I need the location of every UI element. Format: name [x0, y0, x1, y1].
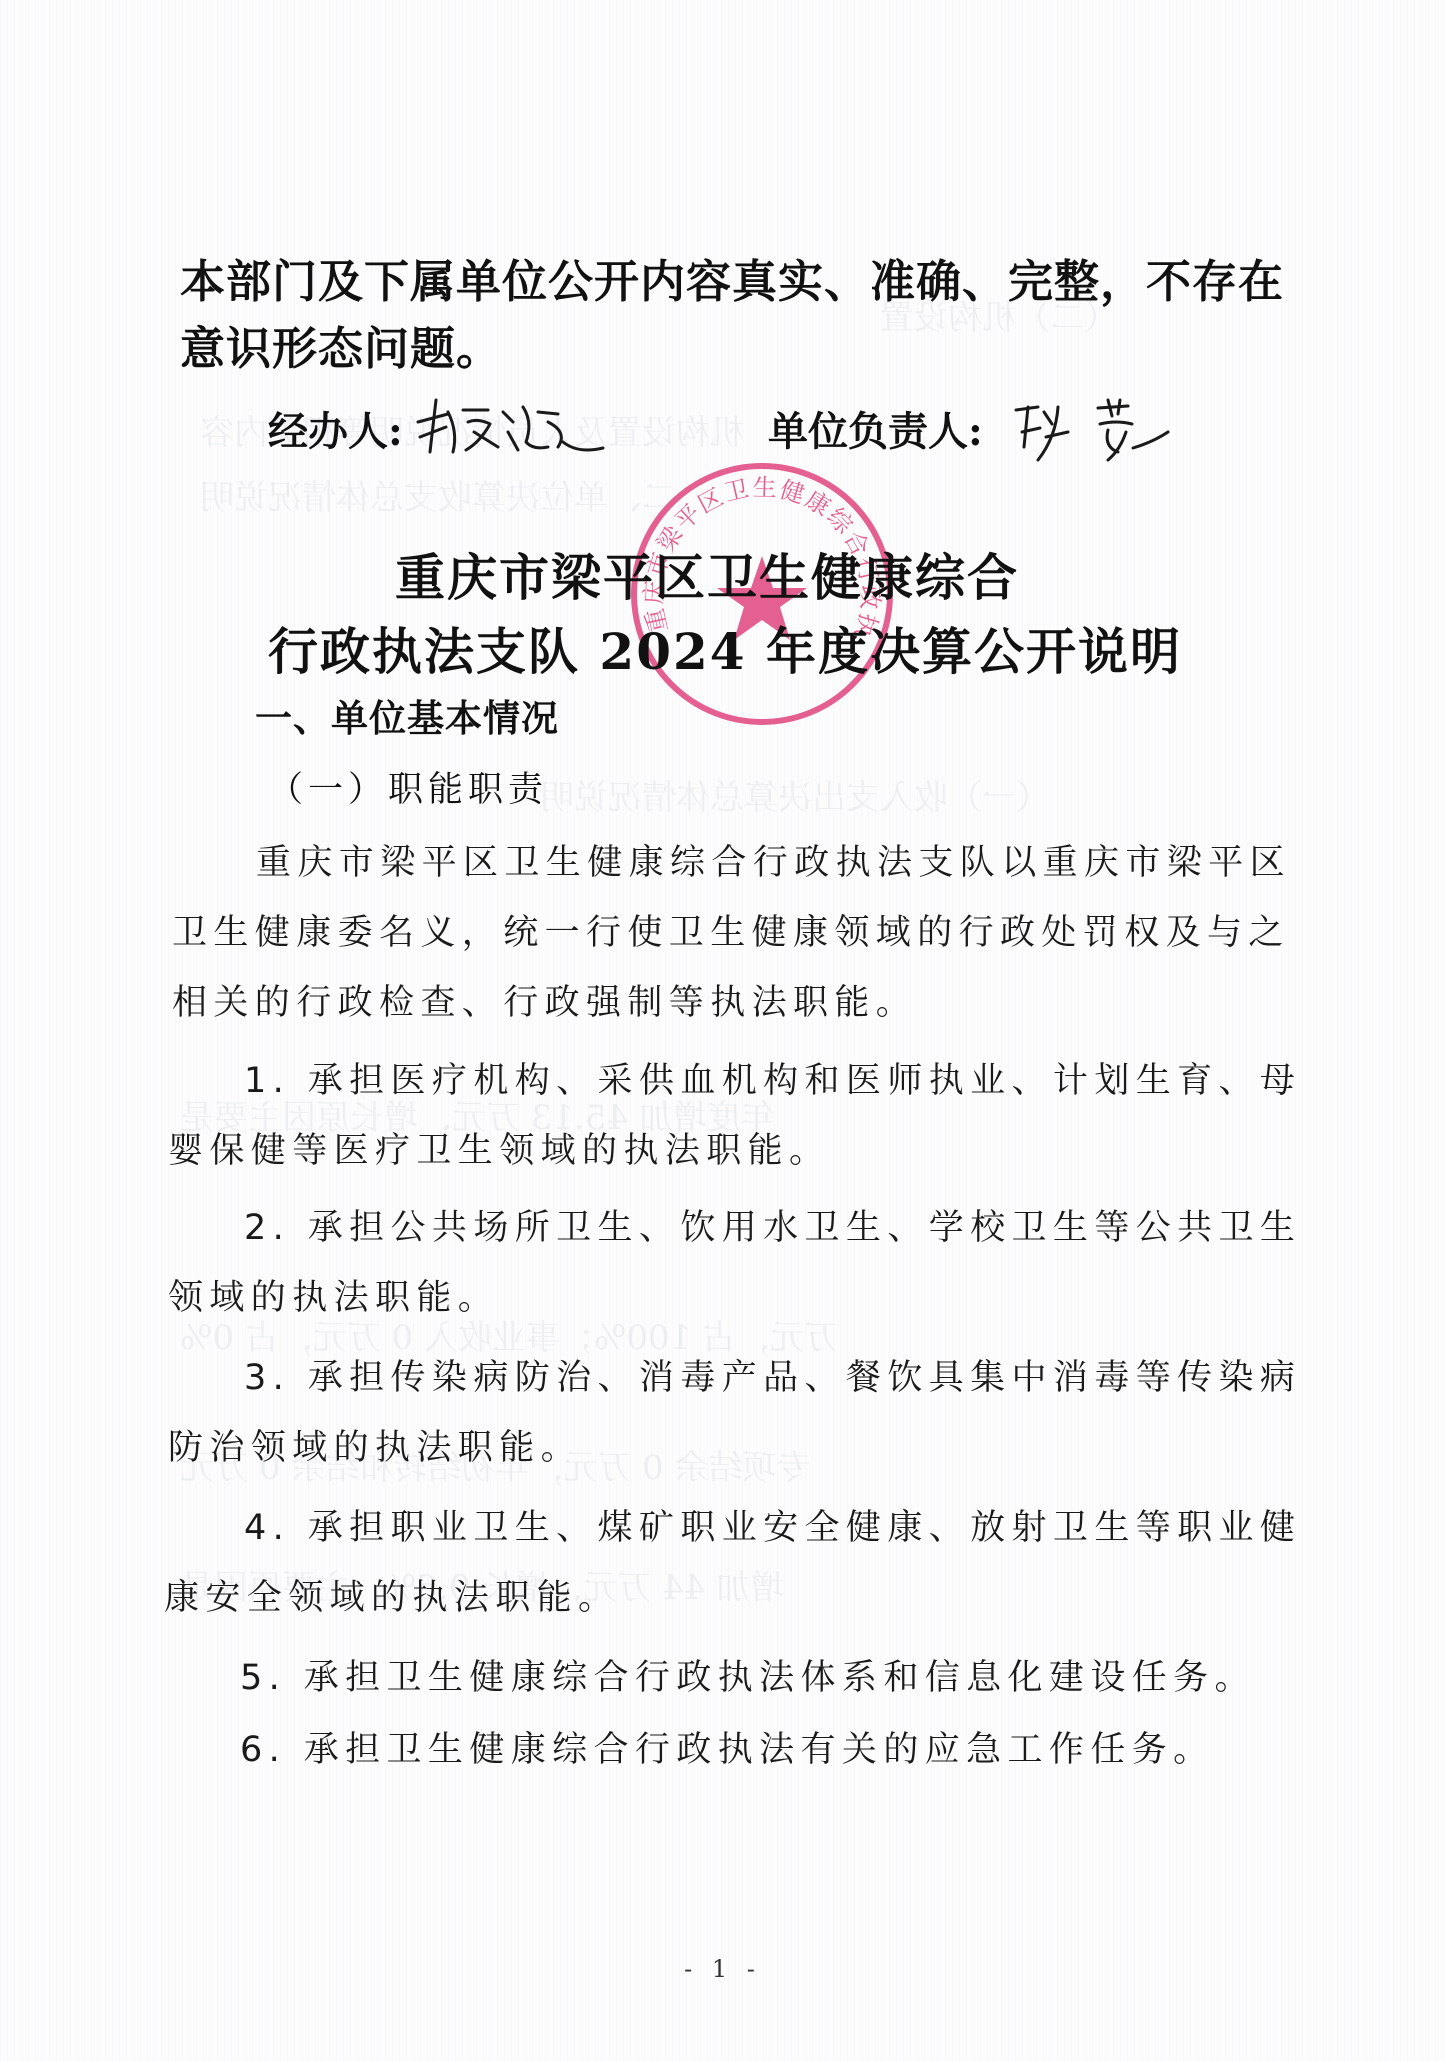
signature-row: 经办人: 单位负责人: [268, 392, 1268, 462]
list-item-line: 康安全领域的执法职能。 [164, 1570, 619, 1620]
document-title-line: 重庆市梁平区卫生健康综合 [395, 538, 1019, 610]
bleed-through-text: 二、单位决算收支总体情况说明 [200, 470, 676, 519]
body-text-line: 相关的行政检查、行政强制等执法职能。 [172, 975, 917, 1025]
list-item-line: 4. 承担职业卫生、煤矿职业安全健康、放射卫生等职业健 [244, 1500, 1301, 1550]
list-item-line: 6. 承担卫生健康综合行政执法有关的应急工作任务。 [240, 1722, 1215, 1772]
list-item-line: 2. 承担公共场所卫生、饮用水卫生、学校卫生等公共卫生 [244, 1200, 1301, 1250]
document-title-line: 行政执法支队 2024 年度决算公开说明 [268, 612, 1182, 684]
list-item-line: 5. 承担卫生健康综合行政执法体系和信息化建设任务。 [240, 1650, 1256, 1700]
body-text-line: 重庆市梁平区卫生健康综合行政执法支队以重庆市梁平区 [256, 835, 1291, 885]
bleed-through-text: （一）收入支出决算总体情况说明 [540, 770, 1050, 819]
section-heading: 一、单位基本情况 [255, 688, 559, 742]
list-item-line: 婴保健等医疗卫生领域的执法职能。 [168, 1123, 830, 1173]
responsible-signature-icon [1008, 392, 1178, 467]
attestation-line: 意识形态问题。 [180, 312, 502, 377]
handler-label: 经办人: [268, 400, 403, 457]
list-item-line: 防治领域的执法职能。 [168, 1420, 582, 1470]
document-page: （二）机构设置 机构设置及人员情况说明等相关内容 二、单位决算收支总体情况说明 … [0, 0, 1445, 2061]
list-item-line: 1. 承担医疗机构、采供血机构和医师执业、计划生育、母 [244, 1053, 1301, 1103]
subsection-heading: （一）职能职责 [268, 762, 548, 812]
page-number: - 1 - [0, 1955, 1445, 1983]
list-item-line: 3. 承担传染病防治、消毒产品、餐饮具集中消毒等传染病 [244, 1350, 1301, 1400]
handler-signature-icon [408, 392, 608, 462]
list-item-line: 领域的执法职能。 [168, 1270, 499, 1320]
body-text-line: 卫生健康委名义，统一行使卫生健康领域的行政处罚权及与之 [172, 905, 1290, 955]
attestation-line: 本部门及下属单位公开内容真实、准确、完整，不存在 [180, 245, 1284, 310]
responsible-label: 单位负责人: [768, 400, 983, 457]
